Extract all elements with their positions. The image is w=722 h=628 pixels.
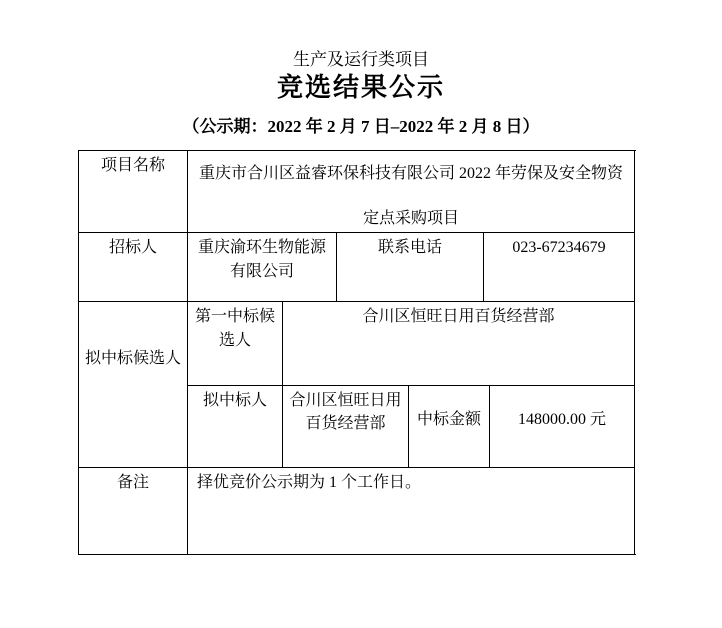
proposed-winner-value: 合川区恒旺日用百货经营部 [283, 386, 409, 468]
phone-label: 联系电话 [337, 233, 484, 302]
project-name-value: 重庆市合川区益睿环保科技有限公司 2022 年劳保及安全物资定点采购项目 [188, 151, 635, 233]
first-candidate-value: 合川区恒旺日用百货经营部 [283, 302, 635, 386]
announcement-page: 生产及运行类项目 竞选结果公示 （公示期：2022 年 2 月 7 日–2022… [0, 0, 722, 628]
phone-value: 023-67234679 [484, 233, 635, 302]
tenderee-value: 重庆渝环生物能源有限公司 [188, 233, 337, 302]
proposed-winner-label: 拟中标人 [188, 386, 283, 468]
candidates-label: 拟中标候选人 [79, 302, 188, 468]
first-candidate-label: 第一中标候选人 [188, 302, 283, 386]
remarks-value: 择优竞价公示期为 1 个工作日。 [188, 468, 635, 555]
tenderee-label: 招标人 [79, 233, 188, 302]
project-name-label: 项目名称 [79, 151, 188, 233]
page-title: 竞选结果公示 [0, 67, 722, 104]
remarks-label: 备注 [79, 468, 188, 555]
amount-label: 中标金额 [409, 386, 490, 468]
result-table: 项目名称 重庆市合川区益睿环保科技有限公司 2022 年劳保及安全物资定点采购项… [78, 150, 636, 555]
publicity-period: （公示期：2022 年 2 月 7 日–2022 年 2 月 8 日） [0, 112, 722, 137]
amount-value: 148000.00 元 [490, 386, 635, 468]
